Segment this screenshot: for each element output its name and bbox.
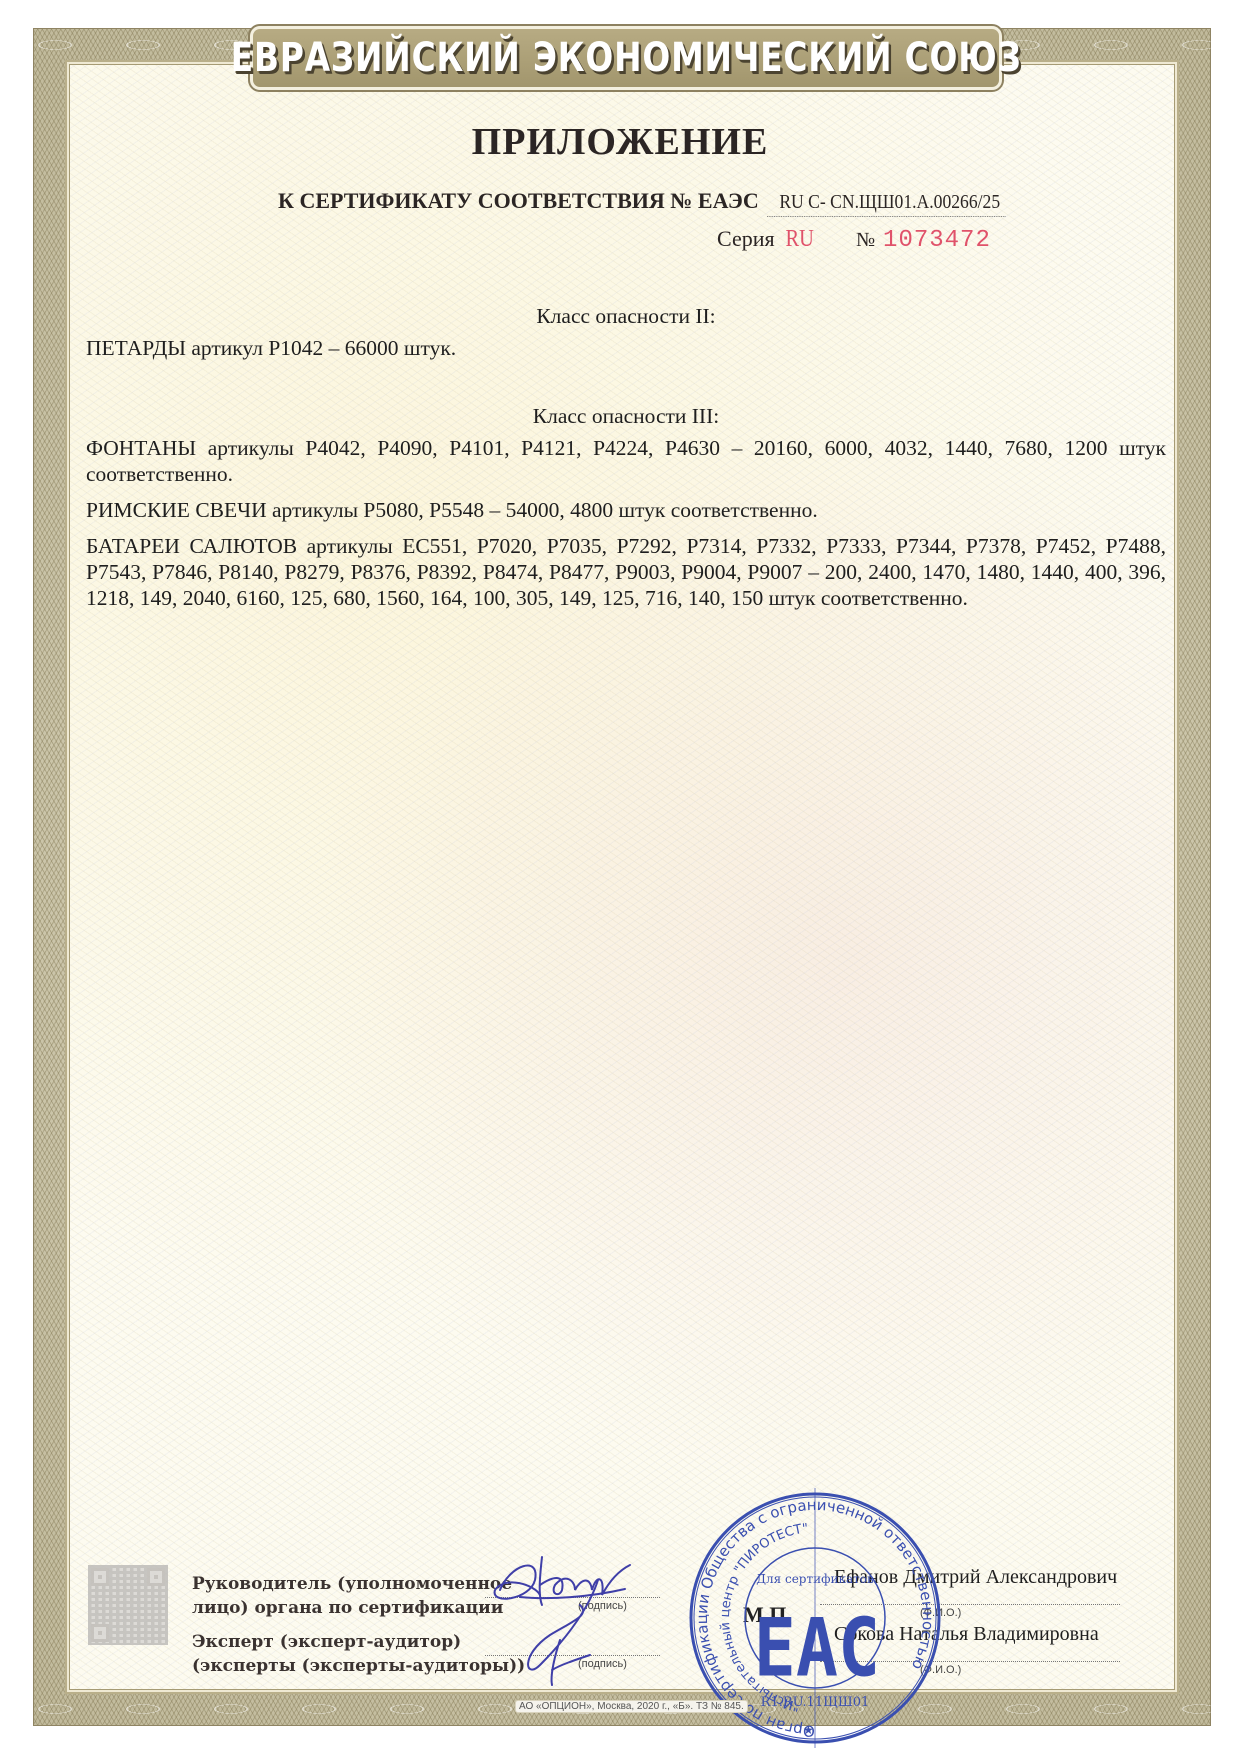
head-signature-caption: (подпись) <box>578 1600 627 1612</box>
qr-code <box>88 1565 168 1645</box>
product-item: БАТАРЕИ САЛЮТОВ артикулы EC551, P7020, P… <box>86 533 1166 611</box>
head-name-line <box>820 1604 1120 1605</box>
product-item: ПЕТАРДЫ артикул P1042 – 66000 штук. <box>86 335 1166 361</box>
hazard-class-section: Класс опасности II: ПЕТАРДЫ артикул P104… <box>86 303 1166 361</box>
expert-signature-line <box>485 1655 660 1656</box>
head-name: Ефанов Дмитрий Александрович <box>834 1566 1117 1589</box>
qr-finder <box>91 1624 109 1642</box>
expert-label-line1: Эксперт (эксперт-аудитор) <box>192 1630 525 1654</box>
expert-signature-caption: (подпись) <box>578 1658 627 1670</box>
head-signature-line <box>485 1597 660 1598</box>
appendix-content: Класс опасности II: ПЕТАРДЫ артикул P104… <box>86 303 1166 653</box>
expert-label-line2: (эксперты (эксперты-аудиторы)) <box>192 1654 525 1678</box>
form-number-label: № <box>856 229 875 252</box>
expert-label: Эксперт (эксперт-аудитор) (эксперты (экс… <box>192 1630 525 1678</box>
hazard-class-heading: Класс опасности III: <box>86 403 1166 429</box>
series-label: Серия <box>717 226 775 252</box>
expert-name-line <box>820 1661 1120 1662</box>
certificate-label: К СЕРТИФИКАТУ СООТВЕТСТВИЯ № ЕАЭС <box>278 188 759 214</box>
certificate-number: RU C- CN.ЩШ01.А.00266/25 <box>767 191 1005 217</box>
seal-place-mark: М.П. <box>743 1602 792 1628</box>
head-label-line1: Руководитель (уполномоченное <box>192 1572 512 1596</box>
product-item: РИМСКИЕ СВЕЧИ артикулы P5080, P5548 – 54… <box>86 497 1166 523</box>
hazard-class-heading: Класс опасности II: <box>86 303 1166 329</box>
expert-fio-caption: (Ф.И.О.) <box>920 1664 961 1676</box>
page-title: ПРИЛОЖЕНИЕ <box>0 120 1240 164</box>
form-number: 1073472 <box>883 227 991 254</box>
expert-name: Сокова Наталья Владимировна <box>834 1623 1099 1646</box>
head-label: Руководитель (уполномоченное лицо) орган… <box>192 1572 512 1620</box>
head-label-line2: лицо) органа по сертификации <box>192 1596 512 1620</box>
certificate-reference: К СЕРТИФИКАТУ СООТВЕТСТВИЯ № ЕАЭС RU C- … <box>278 188 1038 217</box>
series-value: RU <box>785 226 813 253</box>
series-line: Серия RU № 1073472 <box>717 226 991 254</box>
eaeu-banner: ЕВРАЗИЙСКИЙ ЭКОНОМИЧЕСКИЙ СОЮЗ <box>250 26 1002 90</box>
hazard-class-section: Класс опасности III: ФОНТАНЫ артикулы P4… <box>86 403 1166 611</box>
product-item: ФОНТАНЫ артикулы P4042, P4090, P4101, P4… <box>86 435 1166 487</box>
printer-imprint: АО «ОПЦИОН», Москва, 2020 г., «Б». ТЗ № … <box>515 1700 748 1713</box>
union-name: ЕВРАЗИЙСКИЙ ЭКОНОМИЧЕСКИЙ СОЮЗ <box>231 35 1022 81</box>
head-fio-caption: (Ф.И.О.) <box>920 1607 961 1619</box>
qr-finder <box>147 1568 165 1586</box>
qr-finder <box>91 1568 109 1586</box>
